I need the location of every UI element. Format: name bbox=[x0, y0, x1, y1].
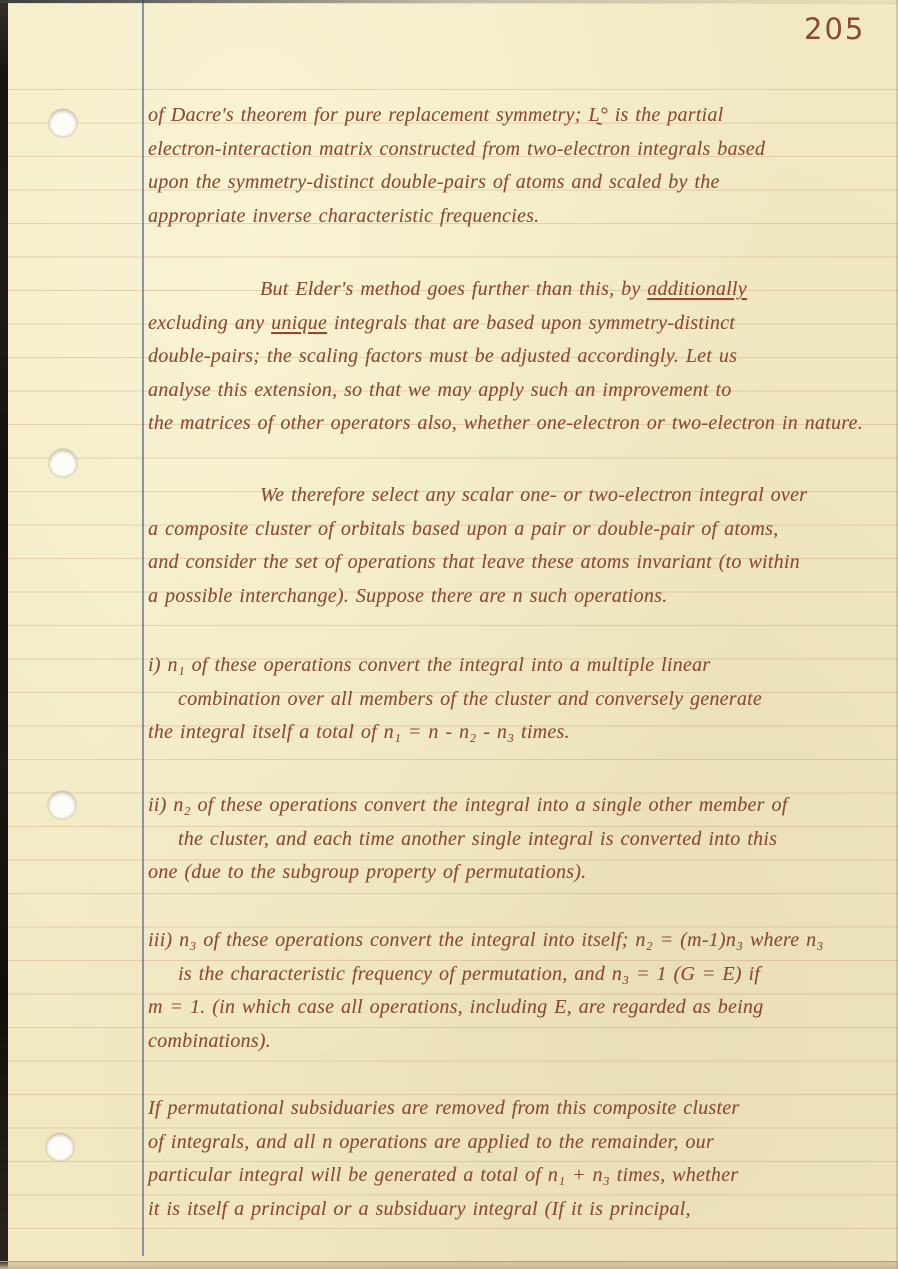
text-segment: combination over all members of the clus… bbox=[178, 688, 762, 710]
text-segment: i) n₁ of these operations convert the in… bbox=[148, 654, 710, 676]
text-segment: a composite cluster of orbitals based up… bbox=[148, 518, 778, 540]
paragraph-li1: i) n₁ of these operations convert the in… bbox=[148, 649, 762, 750]
handwritten-line: ii) n₂ of these operations convert the i… bbox=[148, 789, 788, 823]
handwritten-line: of integrals, and all n operations are a… bbox=[148, 1126, 739, 1160]
paragraph-li2: ii) n₂ of these operations convert the i… bbox=[148, 789, 788, 890]
handwritten-line: iii) n₃ of these operations convert the … bbox=[148, 924, 824, 958]
handwritten-line: a possible interchange). Suppose there a… bbox=[148, 580, 807, 614]
handwritten-line: excluding any unique integrals that are … bbox=[148, 307, 863, 341]
text-segment: of integrals, and all n operations are a… bbox=[148, 1131, 714, 1153]
handwritten-line: particular integral will be generated a … bbox=[148, 1159, 739, 1193]
text-segment: the integral itself a total of n₁ = n - … bbox=[148, 721, 570, 743]
handwritten-line: is the characteristic frequency of permu… bbox=[148, 958, 824, 992]
handwritten-line: and consider the set of operations that … bbox=[148, 546, 807, 580]
text-segment: But Elder's method goes further than thi… bbox=[260, 278, 647, 300]
paragraph-p2: But Elder's method goes further than thi… bbox=[148, 273, 863, 441]
paragraph-p4: If permutational subsiduaries are remove… bbox=[148, 1092, 739, 1226]
handwritten-line: the cluster, and each time another singl… bbox=[148, 823, 788, 857]
handwritten-line: combination over all members of the clus… bbox=[148, 683, 762, 717]
paragraph-p3: We therefore select any scalar one- or t… bbox=[148, 479, 807, 613]
text-segment: iii) n₃ of these operations convert the … bbox=[148, 929, 824, 951]
text-segment: double-pairs; the scaling factors must b… bbox=[148, 345, 737, 367]
text-segment: of Dacre's theorem for pure replacement … bbox=[148, 104, 723, 126]
text-segment: electron-interaction matrix constructed … bbox=[148, 138, 765, 160]
text-segment: one (due to the subgroup property of per… bbox=[148, 861, 586, 883]
text-segment: appropriate inverse characteristic frequ… bbox=[148, 205, 539, 227]
paragraph-li3: iii) n₃ of these operations convert the … bbox=[148, 924, 824, 1058]
underlined-text: unique bbox=[271, 312, 327, 334]
handwritten-line: appropriate inverse characteristic frequ… bbox=[148, 200, 765, 234]
handwritten-line: the integral itself a total of n₁ = n - … bbox=[148, 716, 762, 750]
handwritten-line: We therefore select any scalar one- or t… bbox=[148, 479, 807, 513]
handwritten-line: of Dacre's theorem for pure replacement … bbox=[148, 99, 765, 133]
text-segment: combinations). bbox=[148, 1030, 271, 1052]
text-segment: is the characteristic frequency of permu… bbox=[178, 963, 760, 985]
handwritten-line: upon the symmetry-distinct double-pairs … bbox=[148, 166, 765, 200]
handwritten-line: analyse this extension, so that we may a… bbox=[148, 374, 863, 408]
text-segment: and consider the set of operations that … bbox=[148, 551, 800, 573]
handwritten-line: it is itself a principal or a subsiduary… bbox=[148, 1193, 739, 1227]
text-segment: upon the symmetry-distinct double-pairs … bbox=[148, 171, 720, 193]
text-segment: the matrices of other operators also, wh… bbox=[148, 412, 863, 434]
handwritten-line: combinations). bbox=[148, 1025, 824, 1059]
text-segment: integrals that are based upon symmetry-d… bbox=[327, 312, 735, 334]
text-segment: m = 1. (in which case all operations, in… bbox=[148, 996, 763, 1018]
handwritten-line: electron-interaction matrix constructed … bbox=[148, 133, 765, 167]
handwritten-line: a composite cluster of orbitals based up… bbox=[148, 513, 807, 547]
handwritten-line: If permutational subsiduaries are remove… bbox=[148, 1092, 739, 1126]
text-segment: the cluster, and each time another singl… bbox=[178, 828, 777, 850]
handwritten-line: the matrices of other operators also, wh… bbox=[148, 407, 863, 441]
text-segment: excluding any bbox=[148, 312, 271, 334]
handwritten-line: i) n₁ of these operations convert the in… bbox=[148, 649, 762, 683]
underlined-text: additionally bbox=[647, 278, 747, 300]
notebook-page: 205 of Dacre's theorem for pure replacem… bbox=[0, 0, 898, 1269]
text-segment: We therefore select any scalar one- or t… bbox=[260, 484, 807, 506]
handwritten-line: double-pairs; the scaling factors must b… bbox=[148, 340, 863, 374]
text-segment: it is itself a principal or a subsiduary… bbox=[148, 1198, 691, 1220]
handwritten-line: one (due to the subgroup property of per… bbox=[148, 856, 788, 890]
text-segment: particular integral will be generated a … bbox=[148, 1164, 738, 1186]
handwritten-line: But Elder's method goes further than thi… bbox=[148, 273, 863, 307]
text-segment: ii) n₂ of these operations convert the i… bbox=[148, 794, 788, 816]
handwritten-text: of Dacre's theorem for pure replacement … bbox=[0, 0, 898, 1269]
handwritten-line: m = 1. (in which case all operations, in… bbox=[148, 991, 824, 1025]
text-segment: a possible interchange). Suppose there a… bbox=[148, 585, 667, 607]
text-segment: analyse this extension, so that we may a… bbox=[148, 379, 732, 401]
text-segment: If permutational subsiduaries are remove… bbox=[148, 1097, 739, 1119]
paragraph-p1: of Dacre's theorem for pure replacement … bbox=[148, 99, 765, 233]
